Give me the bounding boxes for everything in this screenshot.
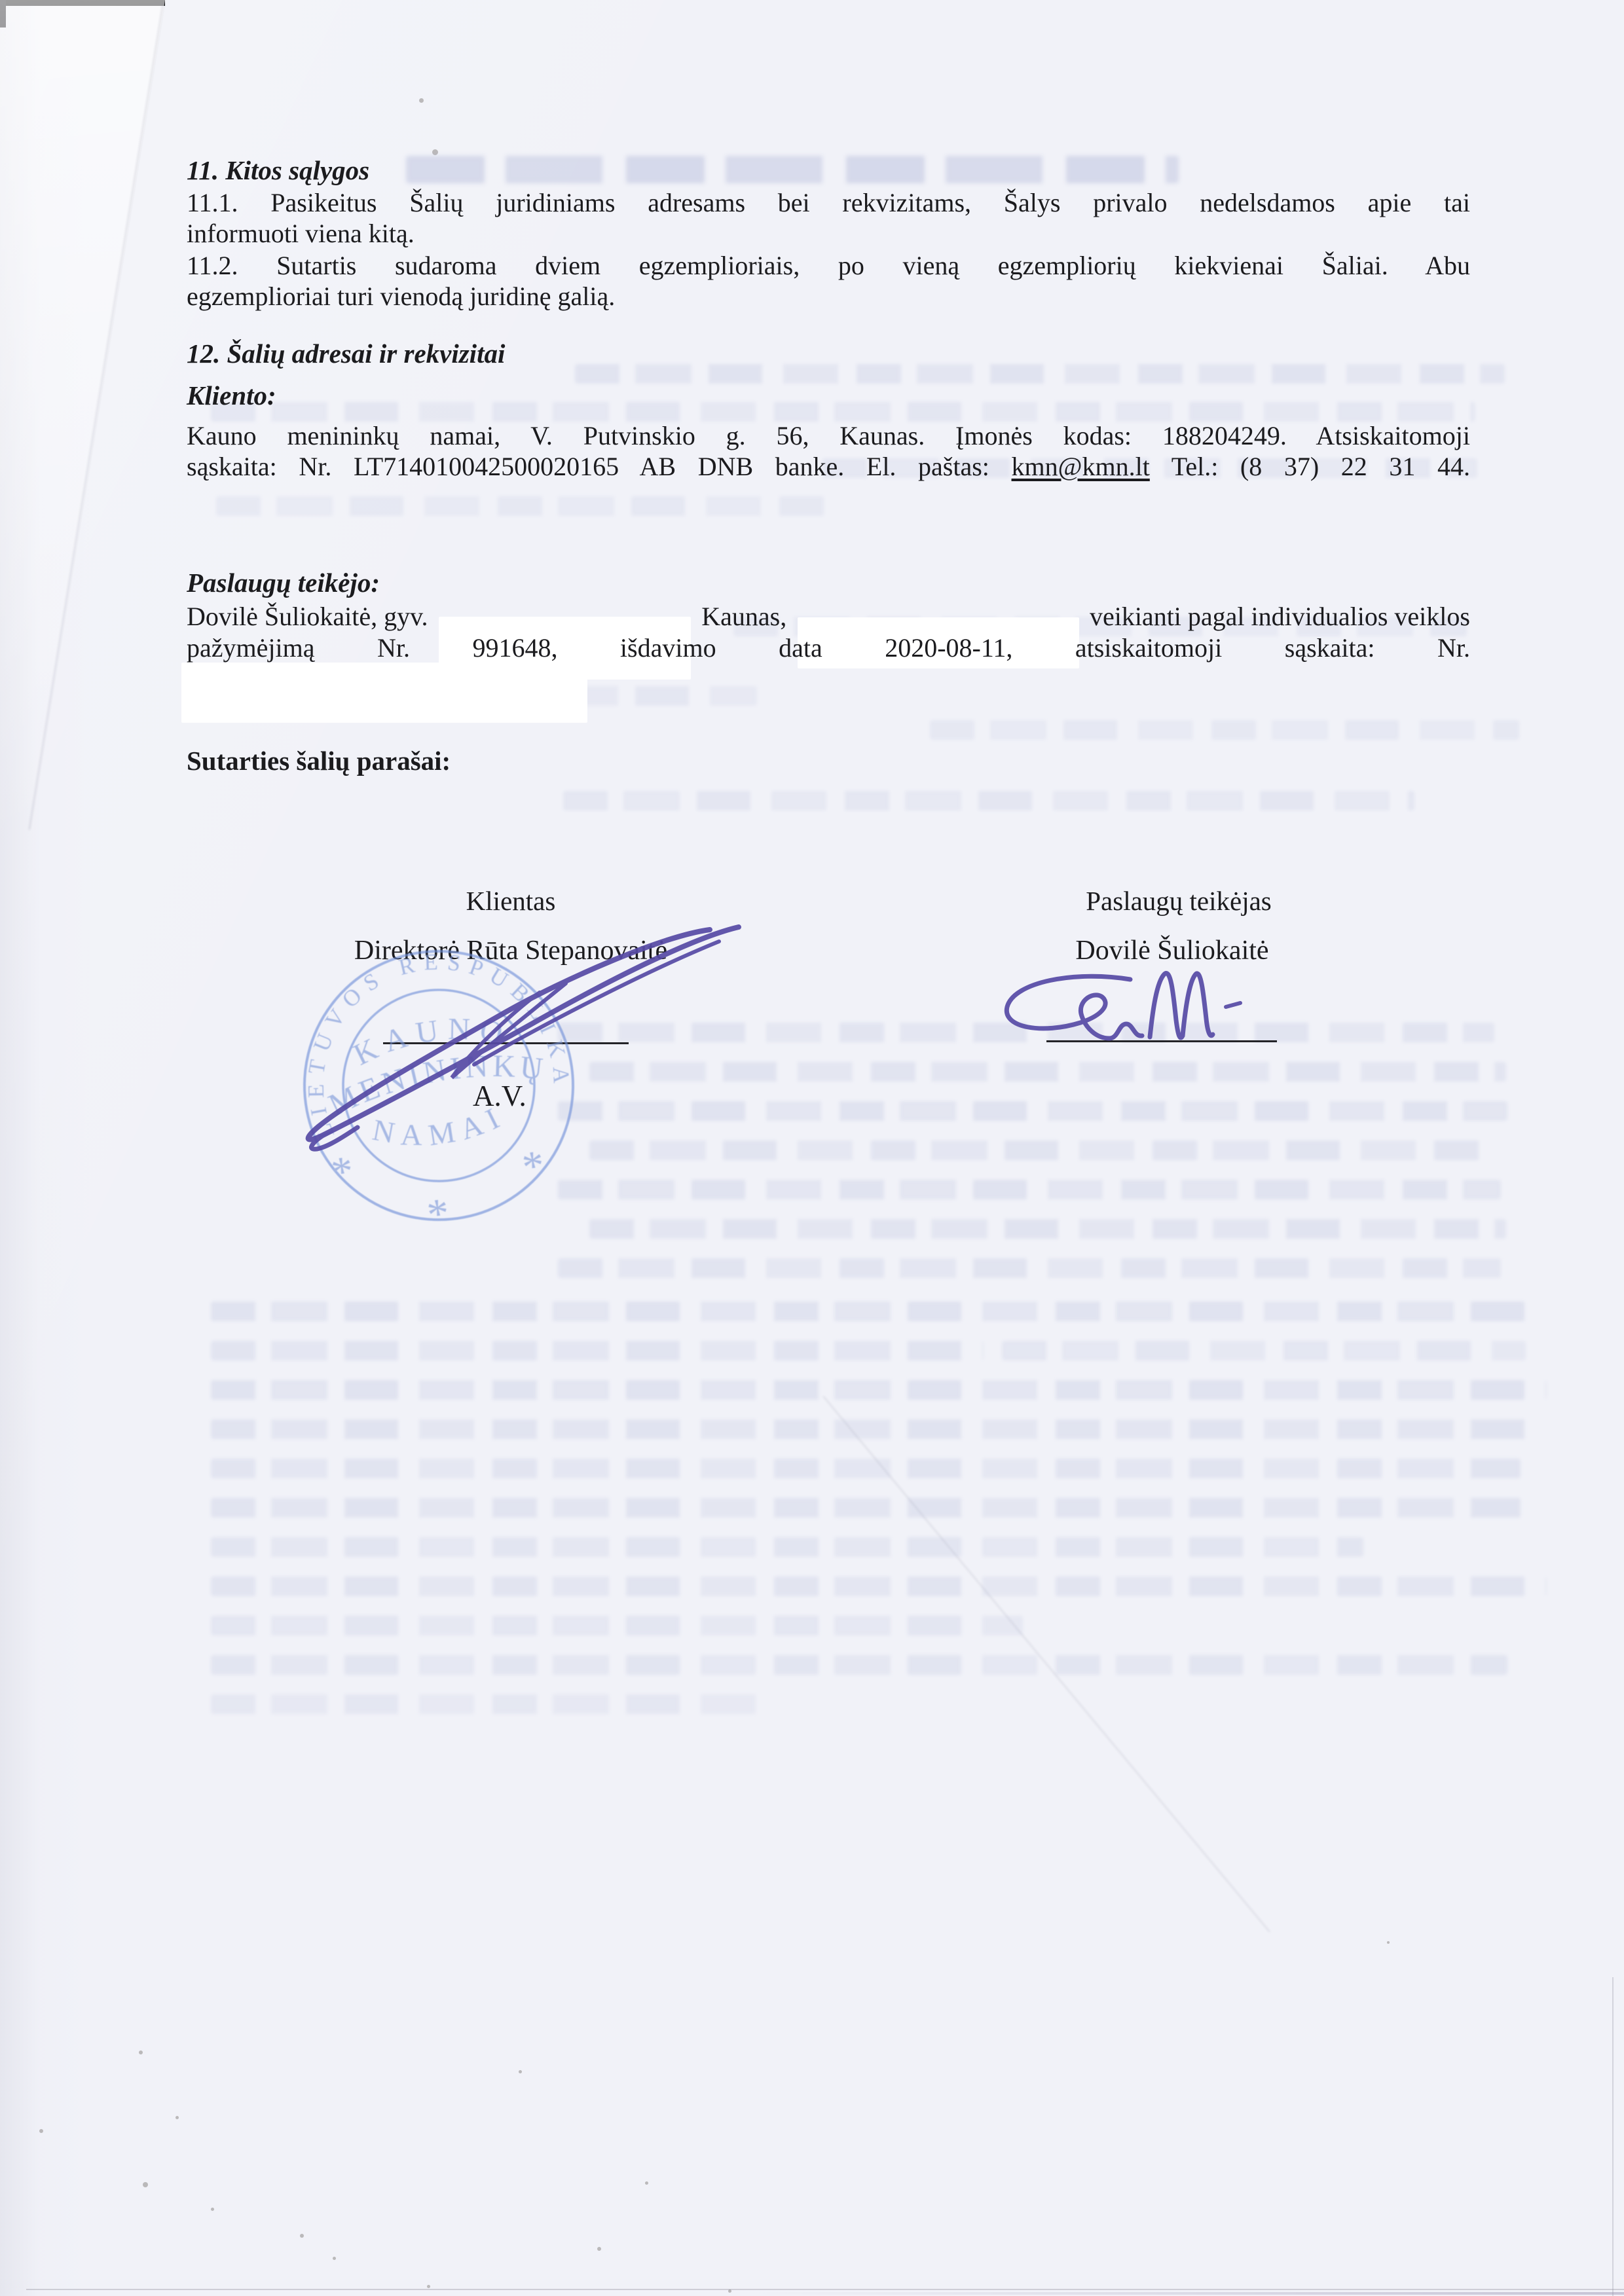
bleedthrough-line (211, 1576, 1547, 1596)
provider-line2: pažymėjimąNr.991648,išdavimodata2020-08-… (187, 632, 1470, 663)
client-role-label: Klientas (347, 885, 674, 917)
clause-11-2-line1: 11.2. Sutartis sudaroma dviem egzemplior… (187, 250, 1470, 281)
bleedthrough-title (406, 156, 1179, 183)
bleedthrough-line (211, 1459, 1521, 1478)
provider-line2-word: atsiskaitomoji (1075, 632, 1222, 663)
bleedthrough-line (211, 1616, 1023, 1635)
provider-line2-word: sąskaita: (1285, 632, 1375, 663)
bleedthrough-line (211, 1655, 1507, 1675)
provider-line2-word: Nr. (377, 632, 410, 663)
bleedthrough-line (211, 402, 1475, 422)
bleedthrough-line (558, 1258, 1501, 1278)
provider-signature-line (1046, 1040, 1277, 1042)
bleedthrough-line (216, 496, 838, 516)
seal-abbreviation: A.V. (473, 1079, 526, 1113)
section-12-heading: 12. Šalių adresai ir rekvizitai (187, 338, 505, 369)
clause-11-1-line2: informuoti viena kitą. (187, 218, 1470, 249)
bleedthrough-line (589, 1062, 1506, 1082)
provider-line2-word: Nr. (1437, 632, 1470, 663)
client-details-line2-pre: sąskaita: Nr. LT714010042500020165 AB DN… (187, 452, 989, 481)
clause-11-1-line1: 11.1. Pasikeitus Šalių juridiniams adres… (187, 187, 1470, 218)
provider-line2-word: data (779, 632, 822, 663)
bleedthrough-line (930, 720, 1519, 740)
bleedthrough-line (589, 1140, 1493, 1160)
bleedthrough-line (1002, 1341, 1526, 1360)
provider-line2-word: 2020-08-11, (885, 632, 1012, 663)
scanned-contract-page: 11. Kitos sąlygos 11.1. Pasikeitus Šalių… (0, 0, 1624, 2296)
client-signer-name: Direktorė Rūta Stepanovaitė (331, 935, 691, 966)
client-details-line2: sąskaita: Nr. LT714010042500020165 AB DN… (187, 451, 1470, 482)
client-label: Kliento: (187, 380, 276, 411)
bleedthrough-line (558, 1023, 1494, 1042)
provider-line2-word: pažymėjimą (187, 632, 314, 663)
clause-11-2: 11.2. Sutartis sudaroma dviem egzemplior… (187, 250, 1470, 312)
bleedthrough-line (558, 1180, 1501, 1199)
section-11-heading: 11. Kitos sąlygos (187, 155, 369, 186)
redaction-box-account (181, 663, 587, 723)
client-details-line2-post: Tel.: (8 37) 22 31 44. (1172, 452, 1470, 481)
client-email: kmn@kmn.lt (1012, 452, 1150, 481)
client-details: Kauno menininkų namai, V. Putvinskio g. … (187, 420, 1470, 482)
provider-line2-word: 991648, (472, 632, 557, 663)
clause-11-1: 11.1. Pasikeitus Šalių juridiniams adres… (187, 187, 1470, 249)
bleedthrough-line (589, 1219, 1506, 1239)
client-signature-line (383, 1042, 629, 1044)
bleedthrough-line (211, 1380, 1547, 1400)
bleedthrough-line (211, 1302, 1527, 1321)
bleedthrough-line (211, 1341, 984, 1360)
client-details-line1: Kauno menininkų namai, V. Putvinskio g. … (187, 420, 1470, 451)
provider-line1-name: Dovilė Šuliokaitė, gyv. (187, 601, 428, 632)
bleedthrough-line (575, 364, 1505, 384)
bleedthrough-line (563, 791, 1414, 811)
clause-11-2-line2: egzemplioriai turi vienodą juridinę gali… (187, 281, 1470, 312)
bleedthrough-line (211, 1419, 1534, 1439)
provider-label: Paslaugų teikėjo: (187, 567, 380, 598)
provider-role-label: Paslaugų teikėjas (1015, 885, 1342, 917)
provider-line1-tail: veikianti pagal individualios veiklos (1090, 601, 1470, 632)
bleedthrough-line (211, 1694, 774, 1714)
bleedthrough-line (211, 1498, 1521, 1518)
signatures-heading: Sutarties šalių parašai: (187, 745, 451, 776)
provider-line2-word: išdavimo (620, 632, 716, 663)
provider-signer-name: Dovilė Šuliokaitė (1008, 935, 1336, 966)
bleedthrough-line (558, 1101, 1507, 1121)
provider-line1-city: Kaunas, (701, 601, 786, 632)
bleedthrough-line (211, 1537, 1363, 1557)
